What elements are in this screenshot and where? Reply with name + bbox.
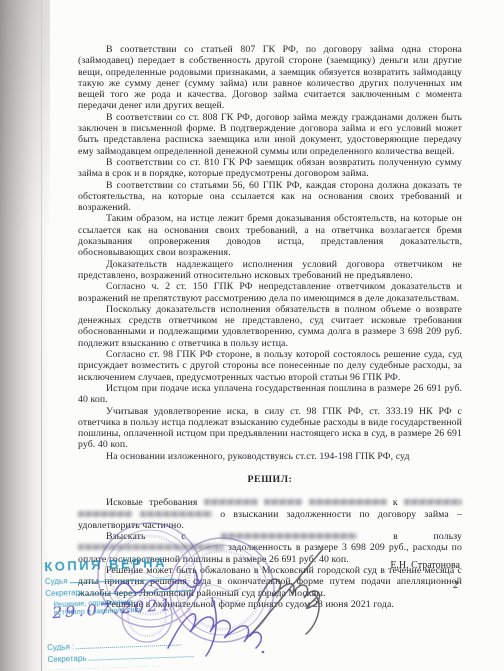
paragraph: Согласно ч. 2 ст. 150 ГПК РФ непредставл… — [78, 281, 462, 304]
redacted-name — [204, 499, 258, 505]
redacted-name — [309, 499, 387, 505]
paragraph: Поскольку доказательств исполнения обяза… — [78, 304, 462, 349]
paragraph: В соответствии со ст. 810 ГК РФ заемщик … — [78, 157, 462, 180]
scan-shadow-top — [0, 0, 50, 230]
stamp-judge2-label: Судья : — [47, 642, 74, 652]
paragraph: В соответствии со статьями 56, 60 ГПК РФ… — [78, 180, 462, 214]
page-number: 2 — [453, 580, 458, 591]
resolution-heading: РЕШИЛ: — [78, 474, 462, 485]
paragraph: Таким образом, на истце лежит бремя дока… — [78, 213, 462, 258]
stamp-judge-label: Судья — [45, 576, 68, 586]
stamp-secretary2-label: Секретарь — [47, 654, 86, 664]
scan-fold-line — [41, 0, 42, 671]
paragraph: Истцом при подаче иска уплачена государс… — [78, 383, 462, 406]
paragraph: Учитывая удовлетворение иска, в силу ст.… — [78, 406, 462, 451]
redacted-name — [404, 499, 462, 505]
paragraph: Согласно ст. 98 ГПК РФ стороне, в пользу… — [78, 349, 462, 383]
paragraph: В соответствии со ст. 808 ГК РФ, договор… — [78, 112, 462, 157]
scanned-document-page: В соответствии со статьей 807 ГК РФ, по … — [0, 0, 504, 671]
paragraph: Доказательств надлежащего исполнения усл… — [78, 259, 462, 282]
stamp-secretary-label: Секретарь — [45, 588, 84, 598]
redacted-name — [264, 499, 302, 505]
paragraph: На основании изложенного, руководствуясь… — [78, 451, 462, 462]
judge-name: Е.Н. Стратонова — [390, 560, 460, 571]
paragraph: В соответствии со статьей 807 ГК РФ, по … — [78, 44, 462, 112]
